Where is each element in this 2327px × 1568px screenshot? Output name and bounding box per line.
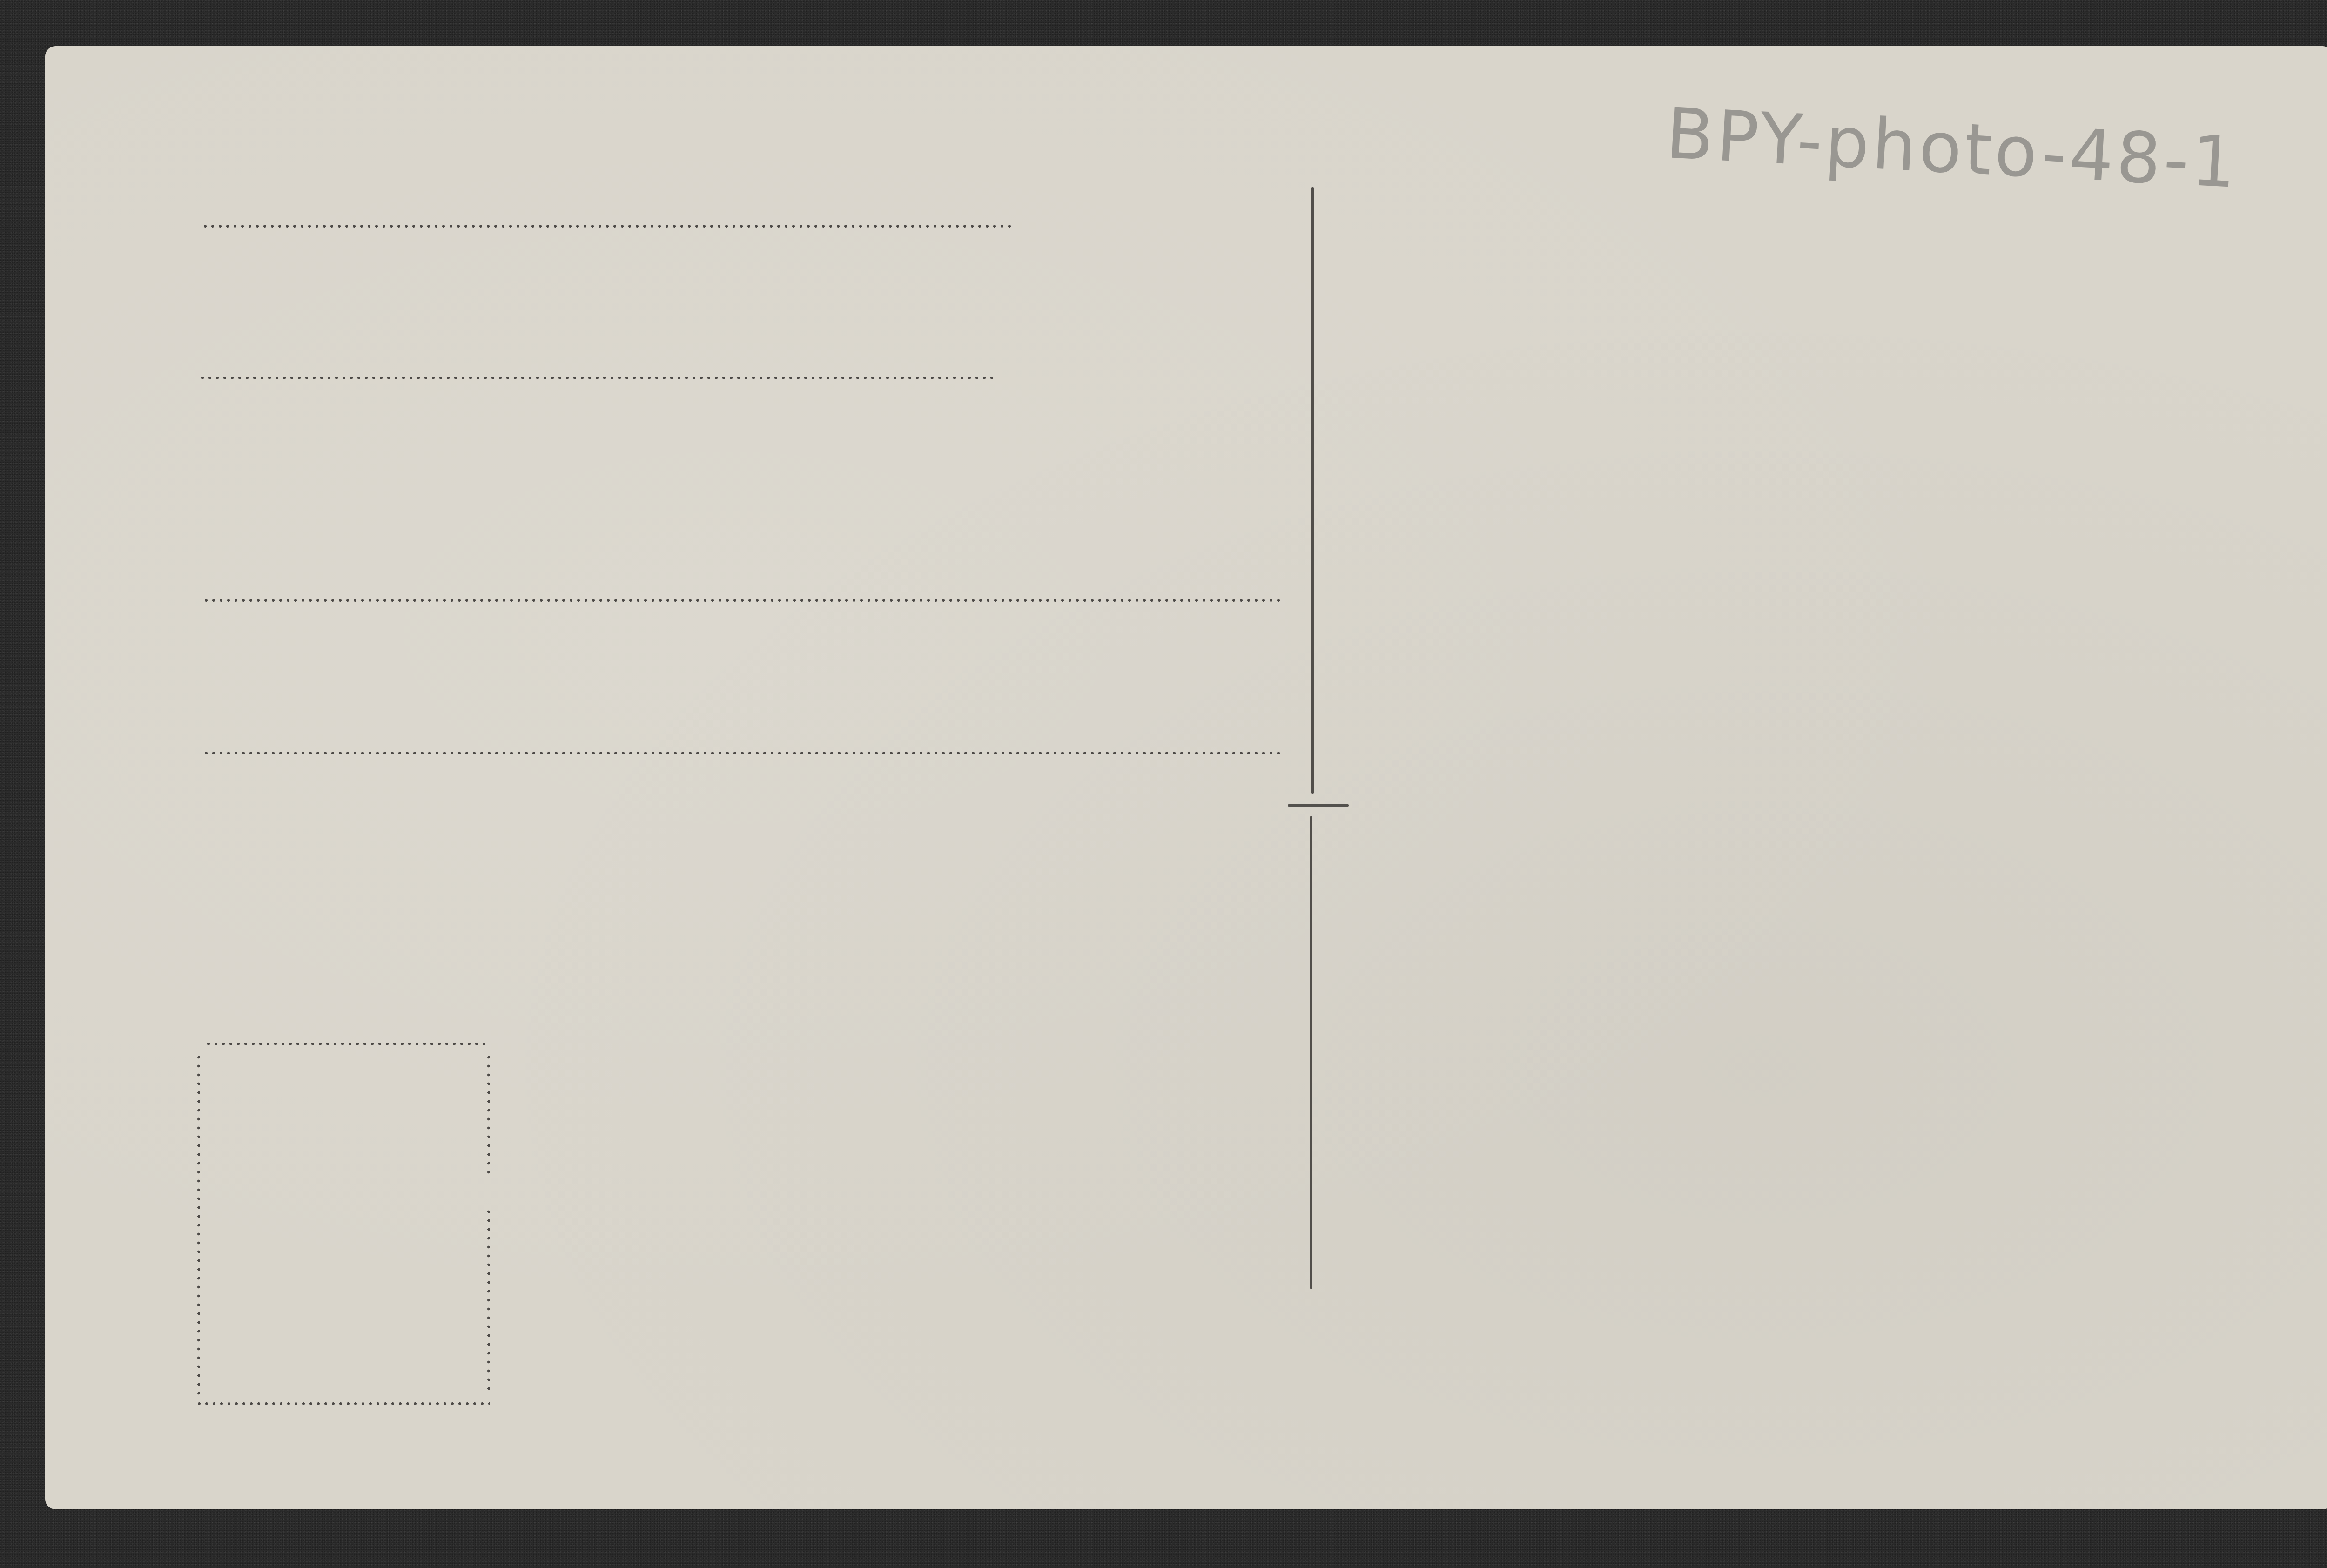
stamp-box-left [197, 1053, 200, 1397]
stamp-box-right-upper [487, 1053, 490, 1174]
address-line-2 [199, 377, 996, 379]
divider-line-upper [1311, 187, 1314, 794]
stamp-box-bottom [195, 1402, 490, 1405]
stamp-box-right-lower [487, 1207, 490, 1393]
stamp-box-top [205, 1043, 490, 1045]
postcard-back [45, 46, 2327, 1509]
address-line-3 [202, 599, 1281, 602]
address-line-4 [202, 752, 1282, 754]
address-line-1 [202, 225, 1011, 228]
divider-cross-tick [1288, 804, 1349, 807]
divider-line-lower [1310, 816, 1312, 1289]
